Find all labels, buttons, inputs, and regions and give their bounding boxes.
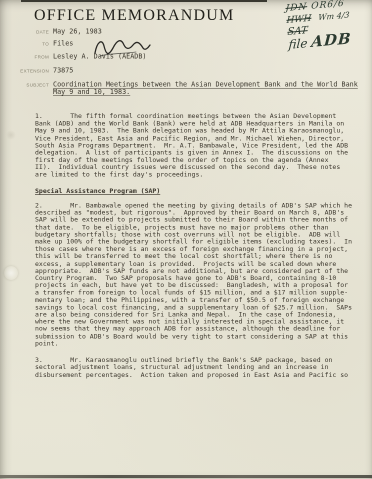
subject-row: SUBJECT Coordination Meetings between th… — [0, 81, 372, 96]
memo-title: OFFICE MEMORANDUM — [34, 7, 234, 25]
annotation-initials-struck-1: JDN — [285, 2, 307, 14]
to-label: TO — [0, 42, 53, 47]
scan-edge-bottom — [0, 475, 372, 478]
memo-page: THE WORLD BANK/INTERNATIONAL FINANCE COR… — [0, 0, 372, 479]
to-value: Files — [53, 40, 73, 48]
paragraph-1: 1. The fifth formal coordination meeting… — [35, 113, 364, 179]
section-heading-sap: Special Assistance Program (SAP) — [35, 188, 364, 195]
signature-scribble — [92, 35, 152, 61]
extension-label: EXTENSION — [0, 69, 53, 74]
paper-smudge — [6, 130, 16, 140]
extension-row: EXTENSION 73875 — [0, 67, 73, 75]
memo-body: 1. The fifth formal coordination meeting… — [35, 113, 364, 388]
annotation-initials-date: Wm 4/3 — [318, 10, 350, 22]
date-row: DATE May 26, 1983 — [0, 28, 102, 36]
paragraph-2: 2. Mr. Bambawale opened the meeting by g… — [35, 202, 364, 348]
paper-smudge — [4, 266, 18, 280]
to-row: TO Files — [0, 40, 73, 48]
subject-label: SUBJECT — [0, 83, 53, 88]
date-label: DATE — [0, 30, 53, 35]
extension-value: 73875 — [53, 67, 73, 75]
from-label: FROM — [0, 55, 53, 60]
scan-edge-org-line: THE WORLD BANK/INTERNATIONAL FINANCE COR… — [21, 0, 267, 7]
subject-value: Coordination Meetings between the Asian … — [53, 81, 372, 96]
paragraph-3: 3. Mr. Karaosmanoglu outlined briefly th… — [35, 357, 364, 379]
